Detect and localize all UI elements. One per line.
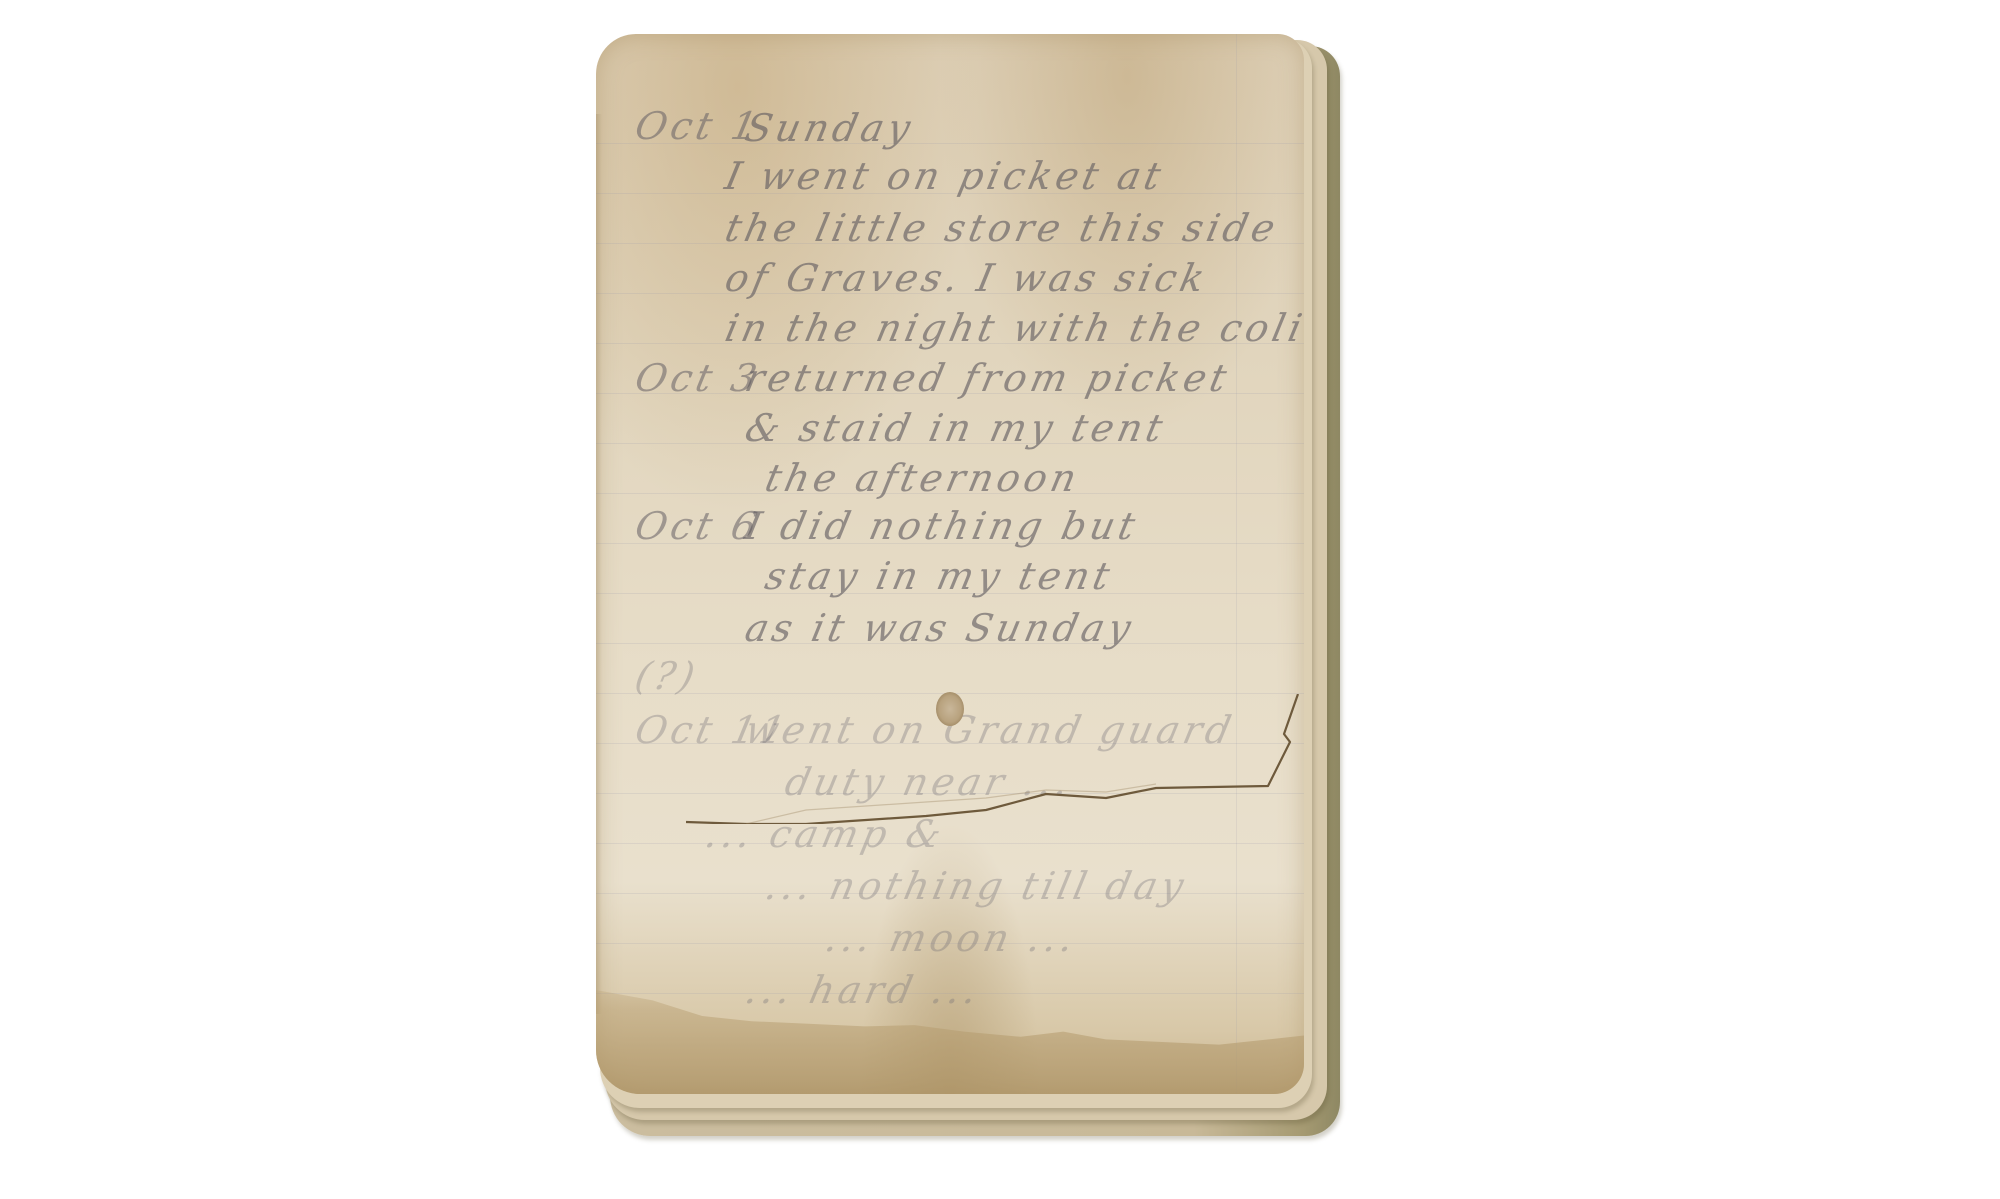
entry-line: as it was Sunday	[741, 606, 1138, 650]
entry-line: I did nothing but	[741, 504, 1143, 548]
diary-page: Oct 1 Sunday I went on picket at the lit…	[596, 34, 1304, 1094]
entry-line: ... hard ...	[741, 968, 985, 1012]
entry-line: ... moon ...	[821, 916, 1081, 960]
spine-edge	[596, 114, 602, 1014]
entry-line: I went on picket at	[721, 154, 1168, 198]
entry-line: ... nothing till day	[761, 864, 1191, 908]
entry-line: of Graves. I was sick	[721, 256, 1212, 300]
entry-line: in the night with the colic	[721, 306, 1304, 350]
entry-date: (?)	[631, 654, 702, 698]
entry-line: returned from picket	[741, 356, 1234, 400]
entry-line: stay in my tent	[761, 554, 1117, 598]
page-tear	[686, 694, 1304, 824]
entry-line: Sunday	[741, 106, 918, 150]
entry-line: the little store this side	[721, 206, 1283, 250]
photo-background: Oct 1 Sunday I went on picket at the lit…	[0, 0, 2000, 1199]
entry-line: the afternoon	[761, 456, 1084, 500]
entry-line: & staid in my tent	[741, 406, 1170, 450]
margin-line	[1236, 34, 1237, 1094]
